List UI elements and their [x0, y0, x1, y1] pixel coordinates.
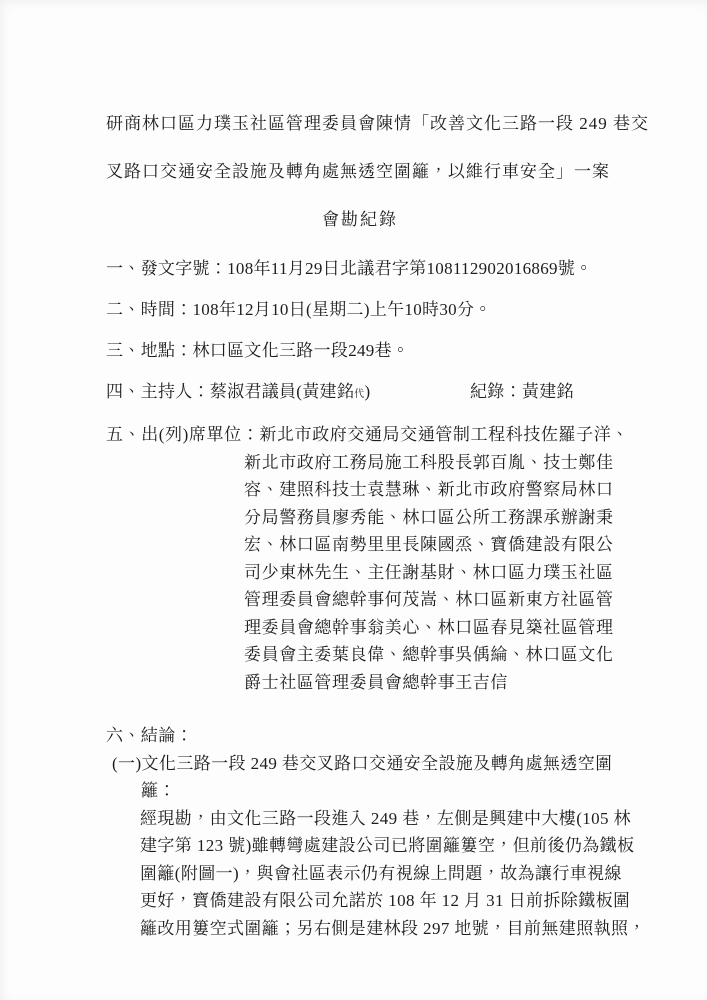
text-line: 更好，寶僑建設有限公司允諾於 108 年 12 月 31 日前拆除鐵板圍: [140, 887, 618, 915]
attendees-first-row: 五、出(列)席單位：新北市政府交通局交通管制工程科技佐羅子洋、: [106, 421, 618, 449]
attendees-wrapped-lines: 新北市政府工務局施工科股長郭百胤、技士鄭佳容、建照科技士袁慧琳、新北市政府警察局…: [244, 449, 618, 697]
document-body: 一、發文字號：108年11月29日北議君字第108112902016869號。 …: [106, 248, 618, 942]
scanned-document-page: 研商林口區力璞玉社區管理委員會陳情「改善文化三路一段 249 巷交 叉路口交通安…: [0, 0, 707, 1000]
text-line: 理委員會總幹事翁美心、林口區春見築社區管理: [244, 614, 618, 642]
meta-doc-number: 一、發文字號：108年11月29日北議君字第108112902016869號。: [106, 248, 618, 289]
conclusion-subitem-label: (一): [112, 754, 142, 773]
meta-time: 二、時間：108年12月10日(星期二)上午10時30分。: [106, 289, 618, 330]
text-line: 新北市政府工務局施工科股長郭百胤、技士鄭佳: [244, 449, 618, 477]
host-label: 四、主持人：蔡淑君議員(黃建銘: [106, 382, 354, 401]
text-line: 建字第 123 號)雖轉彎處建設公司已將圍籬簍空，但前後仍為鐵板: [140, 832, 618, 860]
host-and-recorder-row: 四、主持人：蔡淑君議員(黃建銘代) 紀錄：黃建銘: [106, 371, 618, 415]
attendees-label: 五、出(列)席單位：: [106, 425, 259, 444]
meta-location: 三、地點：林口區文化三路一段249巷。: [106, 330, 618, 371]
text-line: 分局警務員廖秀能、林口區公所工務課承辦謝秉: [244, 504, 618, 532]
conclusion-subitem-cont-line: 籬：: [141, 777, 618, 805]
host-paren-close: ): [364, 382, 370, 401]
conclusion-body-lines: 經現勘，由文化三路一段進入 249 巷，左側是興建中大樓(105 林建字第 12…: [140, 805, 618, 943]
conclusion-subitem: (一)文化三路一段 249 巷交叉路口交通安全設施及轉角處無透空圍 籬：: [112, 750, 618, 805]
attendees-section: 五、出(列)席單位：新北市政府交通局交通管制工程科技佐羅子洋、 新北市政府工務局…: [106, 421, 618, 696]
conclusion-section: 六、結論： (一)文化三路一段 249 巷交叉路口交通安全設施及轉角處無透空圍 …: [106, 722, 618, 942]
conclusion-heading: 六、結論：: [106, 722, 618, 750]
document-subtitle: 會勘紀錄: [106, 196, 614, 244]
conclusion-subitem-text: 文化三路一段 249 巷交叉路口交通安全設施及轉角處無透空圍: [142, 754, 613, 773]
text-line: 籬改用簍空式圍籬；另右側是建林段 297 地號，目前無建照執照，: [140, 915, 618, 943]
text-line: 爵士社區管理委員會總幹事王吉信: [244, 669, 618, 697]
document-title: 研商林口區力璞玉社區管理委員會陳情「改善文化三路一段 249 巷交 叉路口交通安…: [106, 100, 614, 244]
title-line-1: 研商林口區力璞玉社區管理委員會陳情「改善文化三路一段 249 巷交: [106, 100, 614, 148]
conclusion-subitem-first-line: (一)文化三路一段 249 巷交叉路口交通安全設施及轉角處無透空圍: [112, 750, 618, 778]
recorder-label: 紀錄：黃建銘: [470, 371, 574, 412]
text-line: 管理委員會總幹事何茂嵩、林口區新東方社區管: [244, 586, 618, 614]
text-line: 圍籬(附圖一)，與會社區表示仍有視線上問題，故為讓行車視線: [140, 860, 618, 888]
text-line: 容、建照科技士袁慧琳、新北市政府警察局林口: [244, 476, 618, 504]
text-line: 宏、林口區南勢里里長陳國烝、寶僑建設有限公: [244, 531, 618, 559]
deputy-mark: 代: [354, 389, 364, 400]
attendees-first-line: 新北市政府交通局交通管制工程科技佐羅子洋、: [259, 425, 629, 444]
title-line-2: 叉路口交通安全設施及轉角處無透空圍籬，以維行車安全」一案: [106, 148, 614, 196]
text-line: 經現勘，由文化三路一段進入 249 巷，左側是興建中大樓(105 林: [140, 805, 618, 833]
text-line: 委員會主委葉良偉、總幹事吳偊綸、林口區文化: [244, 641, 618, 669]
text-line: 司少東林先生、主任謝基財、林口區力璞玉社區: [244, 559, 618, 587]
